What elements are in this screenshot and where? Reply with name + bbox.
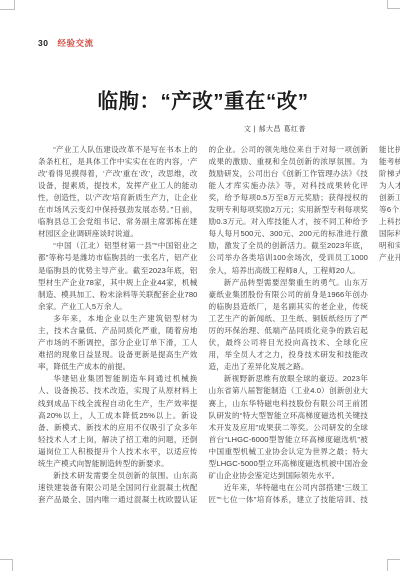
crop-mark-bottom-right	[387, 559, 400, 571]
page-content: 30 经验交流 临朐：“产改”重在“改” 文 | 郝大昌 葛红普 “产业工人队伍…	[0, 0, 400, 516]
crop-mark-bottom-left	[0, 559, 13, 571]
page-header: 30 经验交流	[38, 37, 368, 49]
article-body: “产业工人队伍建设改革不是写在书本上的条条杠杠，是具体工作中实实在在的内容，‘产…	[38, 144, 368, 516]
magazine-page: 30 经验交流 临朐：“产改”重在“改” 文 | 郝大昌 葛红普 “产业工人队伍…	[0, 0, 400, 571]
body-paragraph: 华建铝业集团智能制造车间通过机械换人、设备换芯、技术改造，实现了从原材料上线到成…	[38, 373, 198, 470]
body-paragraph: 新视野新思维有放眼全球的豪迈。2023年山东省第八届智能制造（工业4.0）创新创…	[209, 373, 369, 482]
body-paragraph: “中国（江北）铝型材第一县”“中国铝业之都”等称号是潍坊市临朐县的一张名片，铝产…	[38, 240, 198, 313]
crop-mark-top-left	[0, 0, 15, 10]
page-number: 30	[38, 38, 48, 48]
body-paragraph: 多年来，本地企业以生产建筑铝型材为主，技术含量低、产品同质化严重，随着房地产市场…	[38, 313, 198, 373]
body-paragraph: 新产品转型需要涅槃重生的勇气。山东万豪纸业集团股份有限公司的前身是1966年创办…	[209, 277, 369, 374]
crop-mark-top-right	[387, 0, 400, 9]
body-paragraph: “产业工人队伍建设改革不是写在书本上的条条杠杠，是具体工作中实实在在的内容，‘产…	[38, 144, 198, 241]
article-title: 临朐：“产改”重在“改”	[38, 90, 368, 115]
section-title: 经验交流	[57, 37, 93, 49]
article-byline: 文 | 郝大昌 葛红普	[38, 124, 368, 134]
